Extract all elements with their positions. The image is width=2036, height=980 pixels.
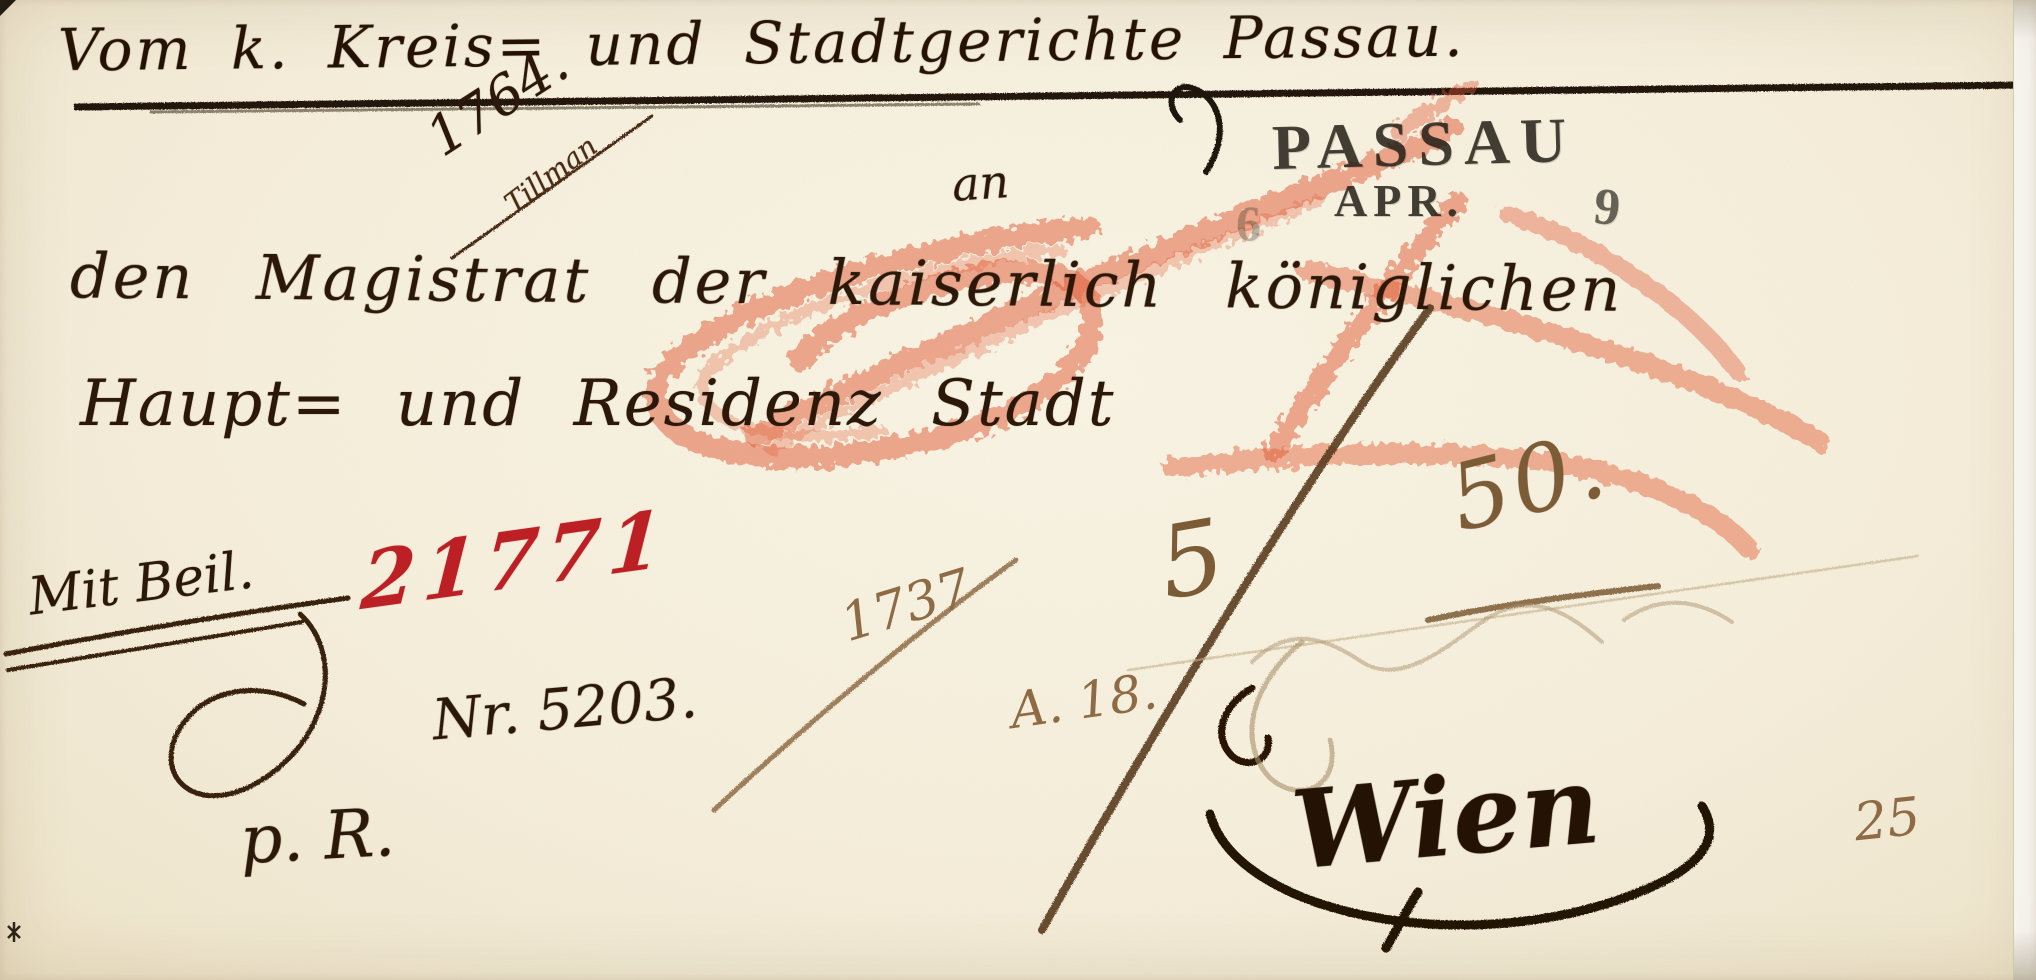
corner-mark-bottomleft — [8, 922, 20, 942]
address-line-1: den Magistrat der kaiserlich königlichen — [70, 245, 1624, 321]
address-line-2: Haupt= und Residenz Stadt — [80, 372, 1116, 436]
rate-numerator: 5 — [1152, 505, 1232, 615]
file-number-note: Nr. 5203. — [430, 671, 699, 750]
rate-underline — [1428, 586, 1658, 620]
scan-edge-strip — [2013, 0, 2036, 980]
corner-fleck-topleft — [0, 0, 16, 16]
postmark-digit-right: 9 — [1591, 181, 1622, 235]
enclosure-note: Mit Beil. — [26, 544, 257, 623]
dark-curl — [1222, 688, 1269, 762]
corner-number: 25 — [1851, 791, 1922, 850]
scan-edge-artifacts — [0, 0, 20, 942]
ledger-number: 1737 — [835, 562, 977, 650]
initials-note: p. R. — [238, 800, 396, 874]
postmark-month: APR. — [1334, 178, 1464, 224]
faint-script-flourish — [1252, 605, 1602, 669]
letter-cover-scan: Vom k. Kreis= und Stadtgerichte Passau. … — [0, 0, 2036, 980]
clerk-signature: Tillman — [500, 132, 602, 219]
city-name: Wien — [1288, 751, 1604, 885]
postmark-town: PASSAU — [1271, 108, 1577, 180]
header-line: Vom k. Kreis= und Stadtgerichte Passau. — [58, 7, 1466, 80]
header-underline — [74, 85, 2026, 112]
rate-denominator: 50. — [1441, 418, 1617, 546]
postmark-day: 6 — [1236, 198, 1261, 248]
act-note: A. 18. — [1007, 666, 1160, 736]
crease-line — [1128, 556, 1918, 670]
pen-curl — [1171, 87, 1219, 172]
direction-word: an — [950, 158, 1010, 208]
red-dispatch-number: 21771 — [359, 500, 673, 623]
